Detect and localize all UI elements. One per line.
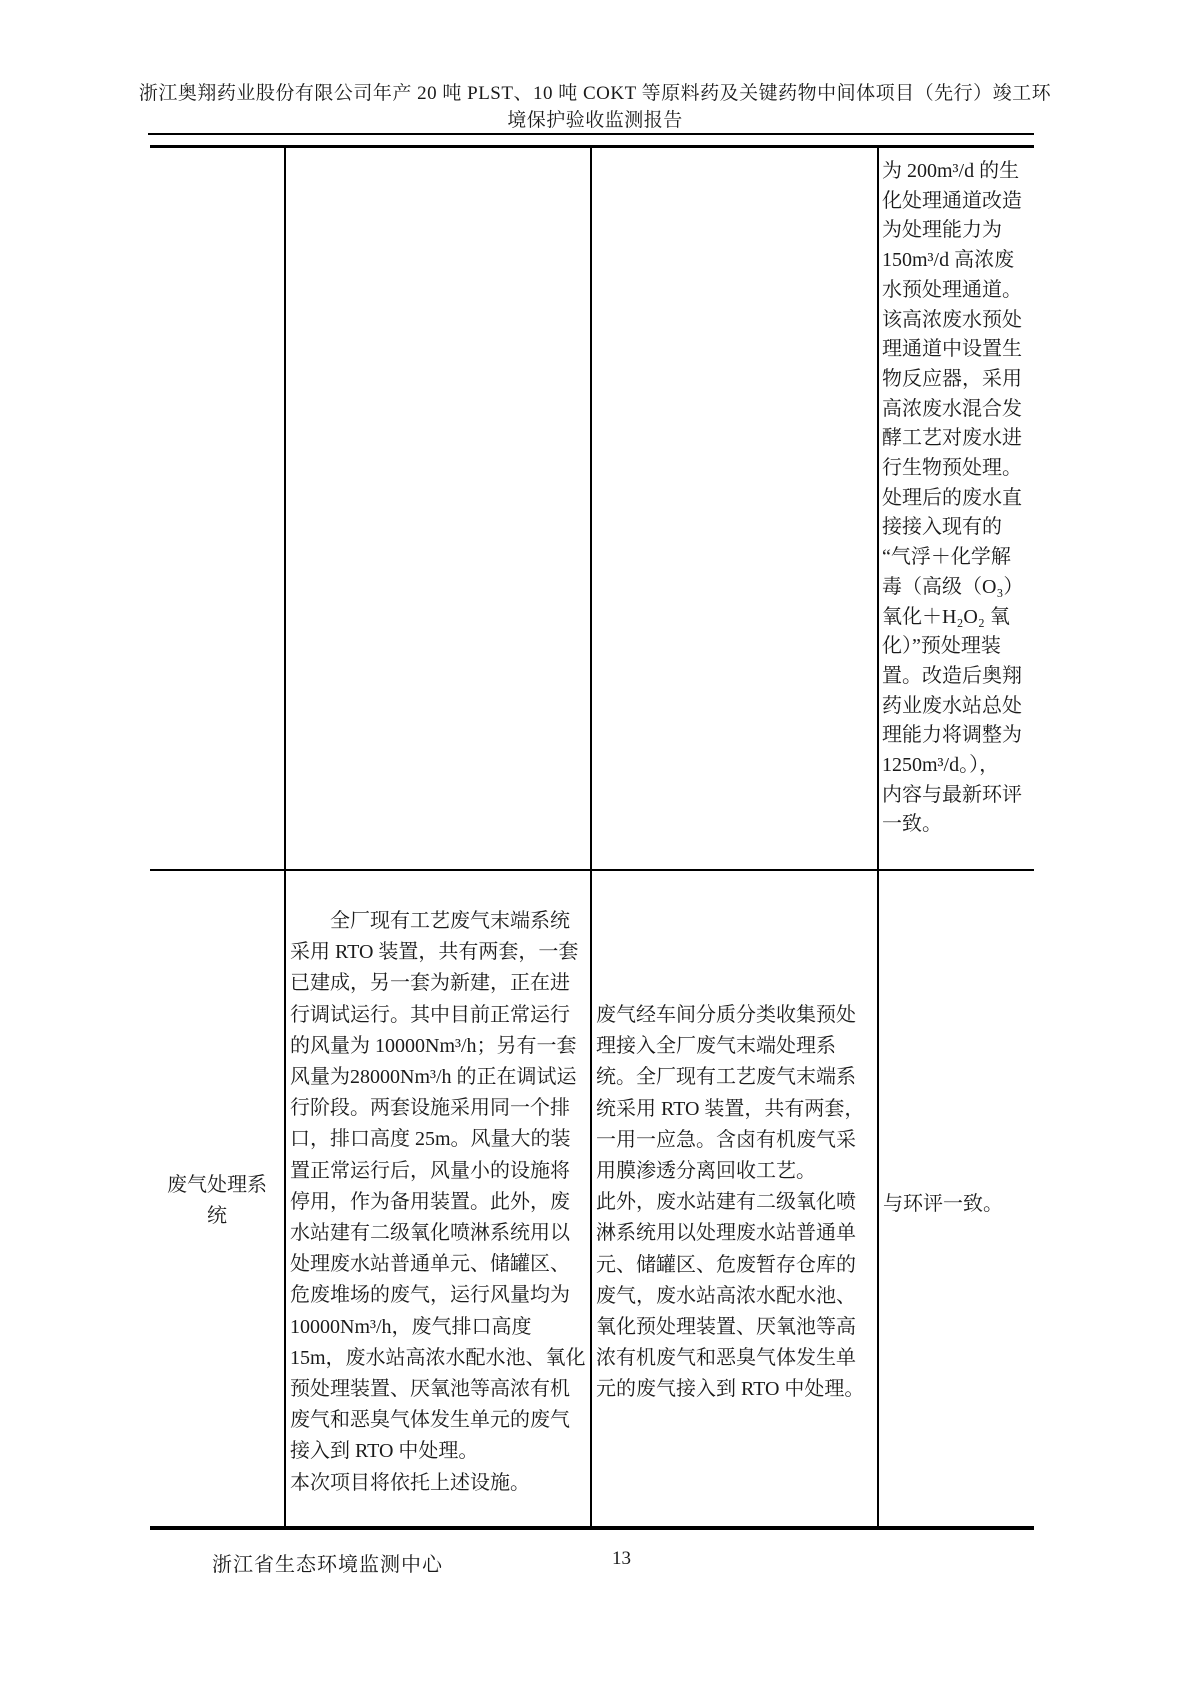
text-line: 处理后的废水直 [882, 484, 1034, 514]
text-line: 元、储罐区、危废暂存仓库的 [596, 1250, 877, 1281]
footer-organization: 浙江省生态环境监测中心 [212, 1548, 443, 1577]
document-header: 浙江奥翔药业股份有限公司年产 20 吨 PLST、10 吨 COKT 等原料药及… [95, 80, 1095, 134]
text-line: 此外，废水站建有二级氧化喷 [596, 1187, 877, 1218]
table-cell-row2-current-status: 全厂现有工艺废气末端系统采用 RTO 装置，共有两套，一套已建成，另一套为新建，… [290, 870, 590, 1532]
text-line: 接接入现有的 [882, 513, 1034, 543]
text-line: 置正常运行后，风量小的设施将 [290, 1156, 590, 1187]
text-line: 行调试运行。其中目前正常运行 [290, 1000, 590, 1031]
text-line: 150m³/d 高浓废 [882, 246, 1034, 276]
text-line: 置。改造后奥翔 [882, 662, 1034, 692]
header-divider [148, 133, 1034, 135]
text-line: 水站建有二级氧化喷淋系统用以 [290, 1218, 590, 1249]
text-line: 废气经车间分质分类收集预处 [596, 1000, 877, 1031]
page-number: 13 [612, 1548, 631, 1570]
text-line: 1250m³/d。）， [882, 751, 1034, 781]
text-line: 10000Nm³/h，废气排口高度 [290, 1312, 590, 1343]
text-line: 风量为28000Nm³/h 的正在调试运 [290, 1062, 590, 1093]
text-line: 处理废水站普通单元、储罐区、 [290, 1249, 590, 1280]
text-line: 一用一应急。含卤有机废气采 [596, 1125, 877, 1156]
text-line: 预处理装置、厌氧池等高浓有机 [290, 1374, 590, 1405]
text-line: 酵工艺对废水进 [882, 424, 1034, 454]
text-line: 15m，废水站高浓水配水池、氧化 [290, 1343, 590, 1374]
text-line: 理能力将调整为 [882, 721, 1034, 751]
text-line: 本次项目将依托上述设施。 [290, 1468, 590, 1499]
text-line: 化处理通道改造 [882, 187, 1034, 217]
text-line: 理通道中设置生 [882, 335, 1034, 365]
table-column-divider [284, 148, 286, 1526]
table-cell-row1-remark: 为 200m³/d 的生化处理通道改造为处理能力为150m³/d 高浓废水预处理… [882, 157, 1034, 840]
text-line: 全厂现有工艺废气末端系统 [290, 906, 590, 937]
text-line: 已建成，另一套为新建，正在进 [290, 968, 590, 999]
text-line: 氧化＋H₂O₂ 氧 [882, 603, 1034, 633]
text-line: 口，排口高度 25m。风量大的装 [290, 1124, 590, 1155]
text-line: “气浮＋化学解 [882, 543, 1034, 573]
text-line: 为处理能力为 [882, 216, 1034, 246]
text-line: 化）”预处理装 [882, 632, 1034, 662]
text-line: 的风量为 10000Nm³/h；另有一套 [290, 1031, 590, 1062]
text-line: 毒（高级（O₃） [882, 573, 1034, 603]
text-line: 统采用 RTO 装置，共有两套， [596, 1094, 877, 1125]
text-line: 该高浓废水预处 [882, 306, 1034, 336]
text-line: 物反应器，采用 [882, 365, 1034, 395]
text-line: 接入到 RTO 中处理。 [290, 1436, 590, 1467]
text-line: 药业废水站总处 [882, 692, 1034, 722]
text-line: 用膜渗透分离回收工艺。 [596, 1156, 877, 1187]
table-cell-row2-eia-description: 废气经车间分质分类收集预处理接入全厂废气末端处理系统。全厂现有工艺废气末端系统采… [596, 870, 877, 1532]
text-line: 为 200m³/d 的生 [882, 157, 1034, 187]
text-line: 一致。 [882, 810, 1034, 840]
text-line: 理接入全厂废气末端处理系 [596, 1031, 877, 1062]
text-line: 行生物预处理。 [882, 454, 1034, 484]
text-line: 行阶段。两套设施采用同一个排 [290, 1093, 590, 1124]
comparison-table: 为 200m³/d 的生化处理通道改造为处理能力为150m³/d 高浓废水预处理… [150, 145, 1034, 1530]
row-category-label: 废气处理系统 [161, 1170, 273, 1232]
text-line: 废气，废水站高浓水配水池、 [596, 1281, 877, 1312]
text-line: 采用 RTO 装置，共有两套，一套 [290, 937, 590, 968]
text-line: 元的废气接入到 RTO 中处理。 [596, 1374, 877, 1405]
text-line: 氧化预处理装置、厌氧池等高 [596, 1312, 877, 1343]
table-cell-row2-conclusion: 与环评一致。 [878, 870, 1034, 1532]
table-column-divider [590, 148, 592, 1526]
text-line: 危废堆场的废气，运行风量均为 [290, 1280, 590, 1311]
text-line: 停用，作为备用装置。此外，废 [290, 1187, 590, 1218]
text-line: 水预处理通道。 [882, 276, 1034, 306]
text-line: 统。全厂现有工艺废气末端系 [596, 1062, 877, 1093]
header-title-line1: 浙江奥翔药业股份有限公司年产 20 吨 PLST、10 吨 COKT 等原料药及… [95, 80, 1095, 107]
text-line: 内容与最新环评 [882, 781, 1034, 811]
text-line: 高浓废水混合发 [882, 395, 1034, 425]
conclusion-text: 与环评一致。 [878, 1187, 1003, 1216]
text-line: 淋系统用以处理废水站普通单 [596, 1218, 877, 1249]
text-line: 废气和恶臭气体发生单元的废气 [290, 1405, 590, 1436]
table-cell-row2-category: 废气处理系统 [150, 870, 284, 1532]
header-title-line2: 境保护验收监测报告 [95, 107, 1095, 134]
text-line: 浓有机废气和恶臭气体发生单 [596, 1343, 877, 1374]
